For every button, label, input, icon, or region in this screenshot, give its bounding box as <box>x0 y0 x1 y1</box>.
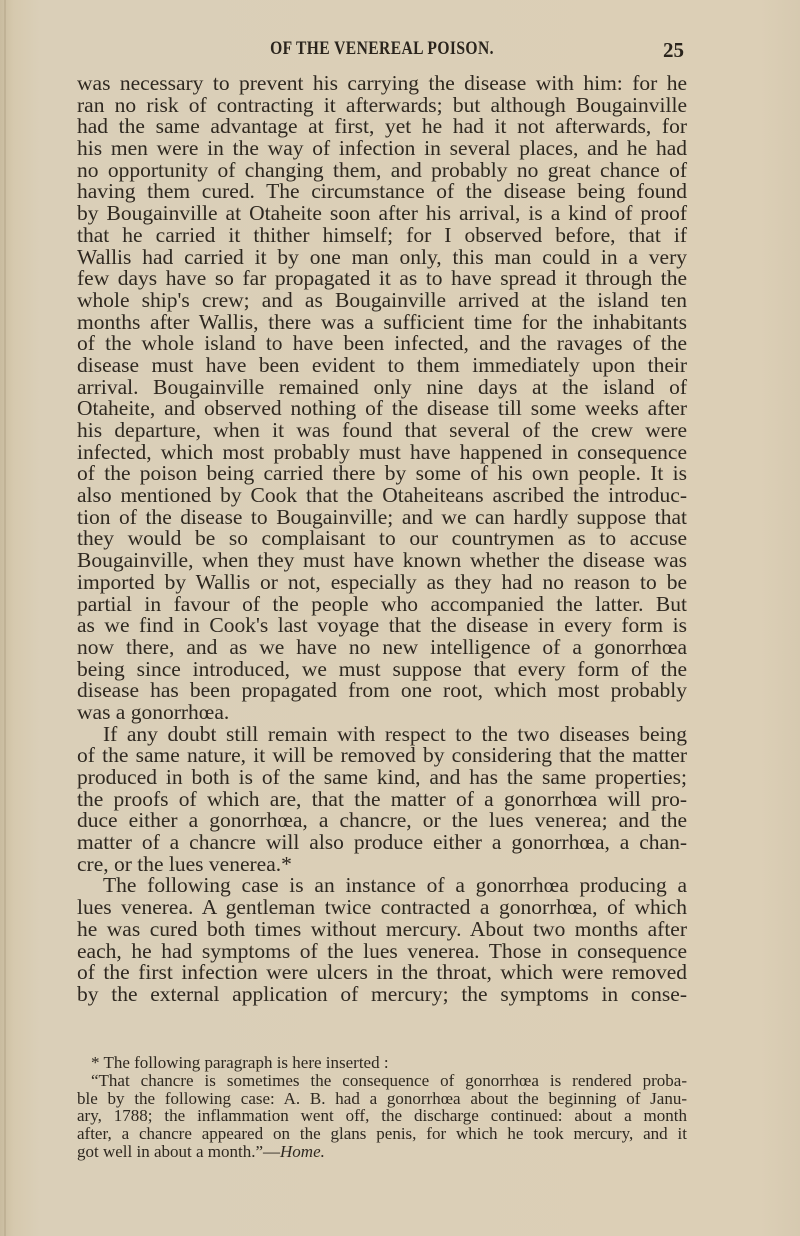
text-line: that he carried it thither himself; for … <box>77 225 687 247</box>
text-line: partial in favour of the people who acco… <box>77 594 687 616</box>
page-gutter-edge <box>4 0 6 1236</box>
text-line: was a gonorrhœa. <box>77 702 687 724</box>
text-line: of the poison being carried there by som… <box>77 463 687 485</box>
text-line: being since introduced, we must suppose … <box>77 659 687 681</box>
running-head: OF THE VENEREAL POISON. 25 <box>78 38 686 68</box>
text-line: was necessary to prevent his carrying th… <box>77 73 687 95</box>
footnote-line: after, a chancre appeared on the glans p… <box>77 1125 687 1143</box>
text-line: matter of a chancre will also produce ei… <box>77 832 687 854</box>
body-text: was necessary to prevent his carrying th… <box>77 73 687 1006</box>
footnote-line: “That chancre is sometimes the consequen… <box>77 1072 687 1090</box>
text-line: infected, which most probably must have … <box>77 442 687 464</box>
text-line: his men were in the way of infection in … <box>77 138 687 160</box>
chapter-title: OF THE VENEREAL POISON. <box>133 38 632 60</box>
text-line: imported by Wallis or not, especially as… <box>77 572 687 594</box>
text-line: no opportunity of changing them, and pro… <box>77 160 687 182</box>
text-line: his departure, when it was found that se… <box>77 420 687 442</box>
text-line: Otaheite, and observed nothing of the di… <box>77 398 687 420</box>
footnote-line: ary, 1788; the inflammation went off, th… <box>77 1107 687 1125</box>
text-line: whole ship's crew; and as Bougainville a… <box>77 290 687 312</box>
text-line: tion of the disease to Bougainville; and… <box>77 507 687 529</box>
text-line: of the whole island to have been infecte… <box>77 333 687 355</box>
text-line: arrival. Bougainville remained only nine… <box>77 377 687 399</box>
text-line: ran no risk of contracting it afterwards… <box>77 95 687 117</box>
text-line: few days have so far propagated it as to… <box>77 268 687 290</box>
text-line: having them cured. The circumstance of t… <box>77 181 687 203</box>
text-line: lues venerea. A gentleman twice contract… <box>77 897 687 919</box>
text-line: the proofs of which are, that the matter… <box>77 789 687 811</box>
paragraph-start: The following case is an instance of a g… <box>77 875 687 897</box>
text-line: by Bougainville at Otaheite soon after h… <box>77 203 687 225</box>
text-line: each, he had symptoms of the lues venere… <box>77 941 687 963</box>
text-line: Bougainville, when they must have known … <box>77 550 687 572</box>
footnote-reference-line: cre, or the lues venerea.* <box>77 854 687 876</box>
text-line: Wallis had carried it by one man only, t… <box>77 247 687 269</box>
footnote-last-line: got well in about a month.”—Home. <box>77 1143 687 1161</box>
footnote: * The following paragraph is here insert… <box>77 1054 687 1161</box>
text-line: produced in both is of the same kind, an… <box>77 767 687 789</box>
paragraph-start: If any doubt still remain with respect t… <box>77 724 687 746</box>
text-line: as we find in Cook's last voyage that th… <box>77 615 687 637</box>
footnote-text: got well in about a month.”— <box>77 1142 280 1161</box>
book-page: OF THE VENEREAL POISON. 25 was necessary… <box>0 0 800 1236</box>
page-number: 25 <box>663 38 684 63</box>
footnote-signature: Home. <box>280 1142 325 1161</box>
text-line: by the external application of mercury; … <box>77 984 687 1006</box>
text-line: now there, and as we have no new intelli… <box>77 637 687 659</box>
text-line: had the same advantage at first, yet he … <box>77 116 687 138</box>
text-line: of the same nature, it will be removed b… <box>77 745 687 767</box>
text-line: duce either a gonorrhœa, a chancre, or t… <box>77 810 687 832</box>
footnote-intro: * The following paragraph is here insert… <box>77 1054 687 1072</box>
footnote-line: ble by the following case: A. B. had a g… <box>77 1090 687 1108</box>
text-line: disease has been propagated from one roo… <box>77 680 687 702</box>
text-line: of the first infection were ulcers in th… <box>77 962 687 984</box>
text-line: months after Wallis, there was a suffici… <box>77 312 687 334</box>
text-line: also mentioned by Cook that the Otaheite… <box>77 485 687 507</box>
text-line: he was cured both times without mercury.… <box>77 919 687 941</box>
text-line: disease must have been evident to them i… <box>77 355 687 377</box>
text-line: they would be so complaisant to our coun… <box>77 528 687 550</box>
